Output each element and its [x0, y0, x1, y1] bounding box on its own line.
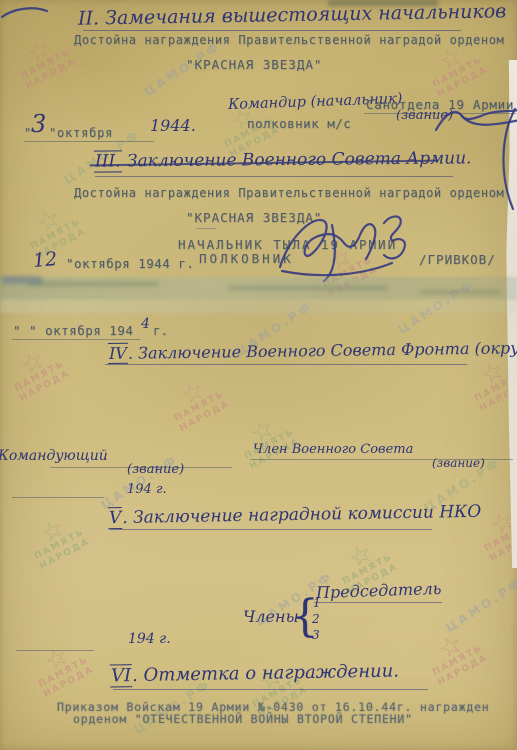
member-number-3: 3 — [312, 628, 320, 642]
watermark-pamyat-naroda: ☆ПАМЯТЬ НАРОДА — [20, 634, 103, 705]
award-sheet-page: ☆ПАМЯТЬ НАРОДА ☆ПАМЯТЬ НАРОДА ☆ПАМЯТЬ НА… — [0, 0, 517, 750]
section4-heading: IV. Заключение Военного Совета Фронта (о… — [108, 338, 517, 363]
signature-grivkov — [272, 205, 432, 285]
date-year-handwritten: 1944. — [150, 116, 196, 135]
date-day-handwritten: 12 — [32, 248, 58, 272]
year-blank-194: 194 г. — [127, 482, 167, 497]
military-council-member-label: Член Военного Совета — [253, 442, 413, 457]
star-icon: ☆ — [414, 622, 487, 673]
ink-smudge — [2, 276, 42, 284]
date-quote-close: " — [49, 126, 56, 140]
section2-heading: II. Замечания вышестоящих начальников — [78, 0, 507, 29]
watermark-pamyat-naroda: ☆ПАМЯТЬ НАРОДА — [16, 506, 99, 577]
member-number-1: 1 — [313, 596, 321, 610]
date-month: октября — [57, 126, 113, 140]
year-blank-194: 194 г. — [128, 631, 171, 647]
award-name-red-star: "КРАСНАЯ ЗВЕЗДА" — [186, 57, 322, 72]
section5-heading: V. Заключение наградной комиссии НКО — [108, 502, 481, 529]
watermark-pamyat-naroda: ☆ПАМЯТЬ НАРОДА — [156, 368, 239, 439]
watermark-pamyat-naroda: ☆ПАМЯТЬ НАРОДА — [226, 406, 309, 477]
star-icon: ☆ — [16, 506, 89, 557]
chairman-label: Председатель — [316, 579, 442, 602]
date-day-handwritten: 3 — [31, 110, 46, 138]
rank-line: полковник м/с — [247, 116, 351, 131]
faded-text-streak — [228, 286, 388, 290]
star-icon: ☆ — [20, 634, 93, 685]
member-number-2: 2 — [312, 612, 320, 626]
date-g-label: г. — [153, 323, 168, 338]
watermark-pamyat-naroda: ☆ПАМЯТЬ НАРОДА — [0, 338, 80, 409]
star-icon: ☆ — [2, 26, 75, 77]
zvanie-label-left: (звание) — [127, 462, 184, 477]
faded-text-streak — [28, 282, 158, 286]
worthy-of-award-line: Достойна награждения Правительственной н… — [74, 186, 504, 200]
watermark-pamyat-naroda: ☆ПАМЯТЬ НАРОДА — [414, 622, 497, 693]
erased-stamp-band-lower — [0, 299, 517, 313]
date-month-year: "октября 1944 г. — [66, 256, 194, 271]
faded-text-streak — [420, 290, 500, 294]
watermark-camo: ЦАМО.РФ — [443, 575, 517, 635]
section6-heading: VI. Отметка о награждении. — [110, 660, 399, 686]
commanding-officer-label: Командующий — [0, 448, 108, 464]
pen-dash-mark — [0, 2, 50, 22]
star-icon: ☆ — [12, 196, 85, 247]
award-order-line2: орденом "ОТЕЧЕСТВЕННОЙ ВОЙНЫ ВТОРОЙ СТЕП… — [73, 712, 413, 726]
date-4-handwritten: 4 — [141, 316, 150, 332]
date-line-typed: " " октября 194 — [13, 323, 133, 338]
star-icon: ☆ — [324, 531, 397, 582]
star-icon: ☆ — [0, 338, 69, 389]
worthy-of-award-line: Достойна награждения Правительственной н… — [74, 33, 504, 47]
star-icon: ☆ — [156, 368, 229, 419]
zvanie-label-right: (звание) — [432, 456, 485, 470]
